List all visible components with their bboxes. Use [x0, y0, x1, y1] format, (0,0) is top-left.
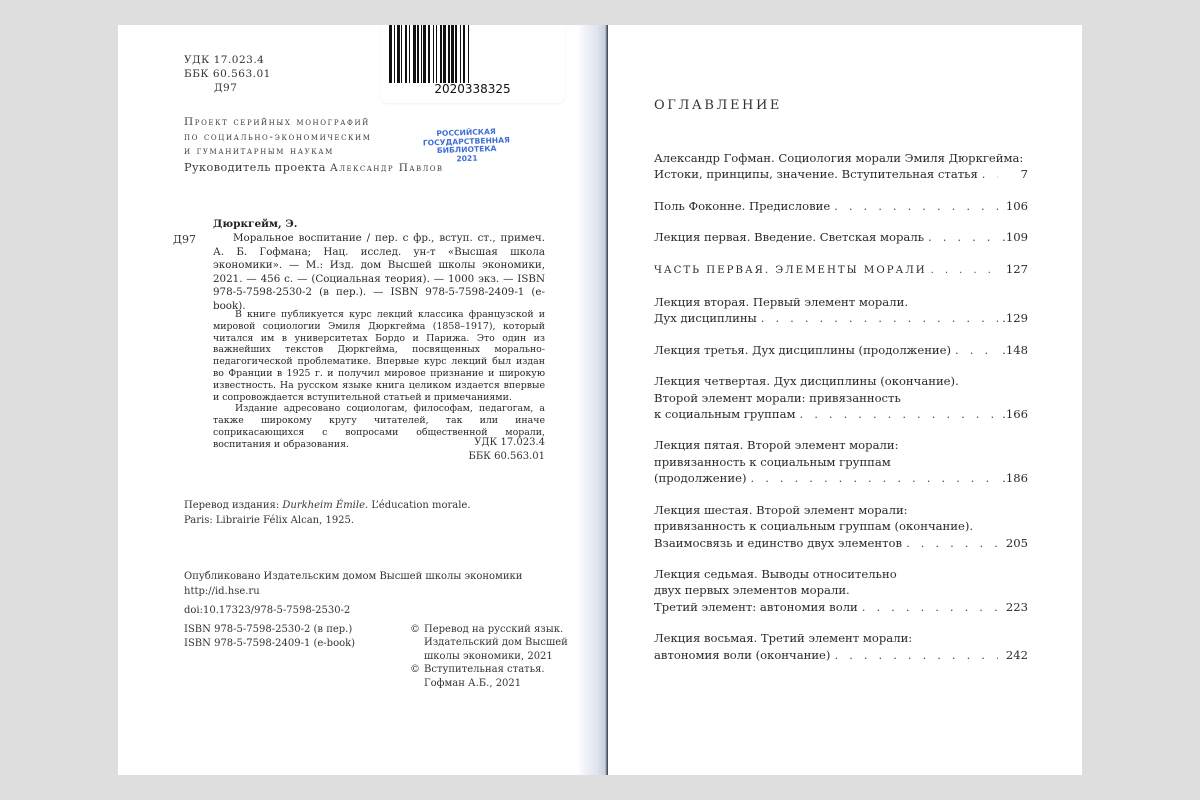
copyright-icon: ©: [410, 663, 424, 690]
publisher-website: http://id.hse.ru: [184, 585, 522, 600]
book-spine-gutter: [578, 25, 610, 775]
toc-entry-last-line: Третий элемент: автономия воли..........…: [654, 599, 1028, 615]
catalog-code: Д97: [173, 233, 196, 246]
toc-entry: Лекция шестая. Второй элемент морали:при…: [654, 502, 1028, 551]
toc-entry: Лекция первая. Введение. Светская мораль…: [654, 229, 1028, 245]
toc-part-heading: ЧАСТЬ ПЕРВАЯ. ЭЛЕМЕНТЫ МОРАЛИ...........…: [654, 261, 1028, 279]
udk-classification-top: УДК 17.023.4 ББК 60.563.01 Д97: [184, 53, 271, 95]
toc-entry-text: Александр Гофман. Социология морали Эмил…: [654, 150, 1028, 166]
toc-page-number: .166: [998, 406, 1028, 422]
toc-entry-text: Лекция первая. Введение. Светская мораль: [654, 229, 924, 245]
toc-entry-text: привязанность к социальным группам (окон…: [654, 518, 1028, 534]
translation-prefix: Перевод издания:: [184, 500, 282, 511]
toc-page-number: 106: [998, 198, 1028, 214]
toc-entry-text: Лекция пятая. Второй элемент морали:: [654, 437, 1028, 453]
toc-entry-text: Истоки, принципы, значение. Вступительна…: [654, 166, 978, 182]
toc-leader-dots: ........................................…: [978, 166, 998, 182]
author-sign: Д97: [184, 81, 271, 95]
toc-page-number: .148: [998, 342, 1028, 358]
copyright-icon: ©: [410, 623, 424, 663]
original-title: . L’éducation morale.: [365, 500, 471, 511]
toc-leader-dots: ........................................…: [902, 535, 998, 551]
project-line: и гуманитарным наукам: [184, 144, 443, 159]
library-barcode-sticker: 2020338325: [380, 25, 565, 103]
toc-page-number: 7: [998, 166, 1028, 182]
original-publisher: Paris: Librairie Félix Alcan, 1925.: [184, 514, 471, 529]
toc-entry-text: ЧАСТЬ ПЕРВАЯ. ЭЛЕМЕНТЫ МОРАЛИ: [654, 263, 927, 279]
toc-leader-dots: ........................................…: [951, 342, 998, 358]
toc-page-number: 223: [998, 599, 1028, 615]
toc-entry-last-line: к социальным группам....................…: [654, 406, 1028, 422]
toc-leader-dots: ........................................…: [830, 198, 998, 214]
toc-entry-text: Лекция третья. Дух дисциплины (продолжен…: [654, 342, 951, 358]
project-lead-label: Руководитель проекта: [184, 161, 326, 174]
copyright-line: Гофман А.Б., 2021: [424, 677, 545, 690]
copyright-block: ©Перевод на русский язык.Издательский до…: [410, 623, 568, 690]
toc-entry-text: Поль Фоконне. Предисловие: [654, 198, 830, 214]
toc-entry: Лекция вторая. Первый элемент морали.Дух…: [654, 294, 1028, 327]
bbk-code: ББК 60.563.01: [388, 450, 545, 464]
toc-entry-last-line: Лекция первая. Введение. Светская мораль…: [654, 229, 1028, 245]
toc-entry-text: автономия воли (окончание): [654, 647, 830, 663]
toc-entry-last-line: Взаимосвязь и единство двух элементов...…: [654, 535, 1028, 551]
copyright-notice: ©Перевод на русский язык.Издательский до…: [410, 623, 568, 663]
library-stamp: РОССИЙСКАЯ ГОСУДАРСТВЕННАЯ БИБЛИОТЕКА 20…: [422, 127, 510, 164]
copyright-line: Издательский дом Высшей: [424, 636, 568, 649]
right-page-contents: ОГЛАВЛЕНИЕ Александр Гофман. Социология …: [608, 25, 1082, 775]
toc-entry-text: привязанность к социальным группам: [654, 454, 1028, 470]
toc-entry: Александр Гофман. Социология морали Эмил…: [654, 150, 1028, 183]
bbk-code: ББК 60.563.01: [184, 67, 271, 81]
toc-entry-text: (продолжение): [654, 470, 747, 486]
toc-entry-last-line: Поль Фоконне. Предисловие...............…: [654, 198, 1028, 214]
book-spread-scan: УДК 17.023.4 ББК 60.563.01 Д97 202033832…: [118, 25, 1082, 775]
toc-page-number: .186: [998, 470, 1028, 486]
toc-title: ОГЛАВЛЕНИЕ: [654, 98, 782, 113]
toc-entry-last-line: Лекция третья. Дух дисциплины (продолжен…: [654, 342, 1028, 358]
toc-entry: Лекция седьмая. Выводы относительнодвух …: [654, 566, 1028, 615]
project-lead: Руководитель проекта Александр Павлов: [184, 161, 443, 176]
toc-entry-text: Второй элемент морали: привязанность: [654, 390, 1028, 406]
toc-entry-last-line: автономия воли (окончание)..............…: [654, 647, 1028, 663]
doi: doi:10.17323/978-5-7598-2530-2: [184, 605, 350, 616]
toc-entry-text: Лекция седьмая. Выводы относительно: [654, 566, 1028, 582]
toc-page-number: 205: [998, 535, 1028, 551]
toc-leader-dots: ........................................…: [796, 406, 998, 422]
bibliographic-record: Моральное воспитание / пер. с фр., вступ…: [213, 232, 545, 314]
toc-leader-dots: ........................................…: [927, 263, 998, 279]
udk-code: УДК 17.023.4: [184, 53, 271, 67]
toc-entry: Лекция пятая. Второй элемент морали:прив…: [654, 437, 1028, 486]
toc-entry-last-line: Истоки, принципы, значение. Вступительна…: [654, 166, 1028, 182]
toc-leader-dots: ........................................…: [747, 470, 998, 486]
barcode-icon: [389, 25, 557, 83]
copyright-line: школы экономики, 2021: [424, 650, 568, 663]
toc-entry: Поль Фоконне. Предисловие...............…: [654, 198, 1028, 214]
toc-page-number: 127: [998, 261, 1028, 277]
isbn-print: ISBN 978-5-7598-2530-2 (в пер.): [184, 623, 355, 637]
toc-entry-text: Лекция вторая. Первый элемент морали.: [654, 294, 1028, 310]
toc-leader-dots: ........................................…: [858, 599, 998, 615]
copyright-notice: ©Вступительная статья.Гофман А.Б., 2021: [410, 663, 568, 690]
copyright-line: Перевод на русский язык.: [424, 623, 568, 636]
isbn-ebook: ISBN 978-5-7598-2409-1 (e-book): [184, 637, 355, 651]
isbn-block: ISBN 978-5-7598-2530-2 (в пер.) ISBN 978…: [184, 623, 355, 650]
toc-entry-text: Третий элемент: автономия воли: [654, 599, 858, 615]
toc-entry-text: Дух дисциплины: [654, 310, 757, 326]
toc-entry: Лекция третья. Дух дисциплины (продолжен…: [654, 342, 1028, 358]
translation-source: Перевод издания: Durkheim Émile. L’éduca…: [184, 499, 471, 528]
toc-entry-text: Лекция четвертая. Дух дисциплины (оконча…: [654, 373, 1028, 389]
barcode-number: 2020338325: [380, 82, 565, 96]
project-line: по социально-экономическим: [184, 130, 443, 145]
catalog-author: Дюркгейм, Э.: [213, 218, 297, 230]
toc-entry-text: Взаимосвязь и единство двух элементов: [654, 535, 902, 551]
toc-leader-dots: ........................................…: [924, 229, 998, 245]
toc-entry-last-line: ЧАСТЬ ПЕРВАЯ. ЭЛЕМЕНТЫ МОРАЛИ...........…: [654, 261, 1028, 279]
toc-entry: Лекция четвертая. Дух дисциплины (оконча…: [654, 373, 1028, 422]
toc-leader-dots: ........................................…: [757, 310, 998, 326]
toc-entry-text: Лекция шестая. Второй элемент морали:: [654, 502, 1028, 518]
toc-entry-last-line: (продолжение)...........................…: [654, 470, 1028, 486]
translation-line: Перевод издания: Durkheim Émile. L’éduca…: [184, 499, 471, 514]
toc-page-number: 242: [998, 647, 1028, 663]
toc-entry-text: к социальным группам: [654, 406, 796, 422]
publisher-info: Опубликовано Издательским домом Высшей ш…: [184, 570, 522, 599]
book-annotation: В книге публикуется курс лекций классика…: [213, 309, 545, 451]
toc-entry-last-line: Дух дисциплины..........................…: [654, 310, 1028, 326]
toc-entry: Лекция восьмая. Третий элемент морали:ав…: [654, 630, 1028, 663]
original-author: Durkheim Émile: [282, 500, 365, 511]
series-project-block: Проект серийных монографий по социально-…: [184, 115, 443, 175]
published-by: Опубликовано Издательским домом Высшей ш…: [184, 570, 522, 585]
toc-leader-dots: ........................................…: [830, 647, 998, 663]
annotation-paragraph: В книге публикуется курс лекций классика…: [213, 309, 545, 403]
copyright-line: Вступительная статья.: [424, 663, 545, 676]
toc-entry-text: двух первых элементов морали.: [654, 582, 1028, 598]
table-of-contents: Александр Гофман. Социология морали Эмил…: [654, 150, 1028, 678]
toc-page-number: .129: [998, 310, 1028, 326]
udk-code: УДК 17.023.4: [388, 436, 545, 450]
project-line: Проект серийных монографий: [184, 115, 443, 130]
toc-page-number: .109: [998, 229, 1028, 245]
toc-entry-text: Лекция восьмая. Третий элемент морали:: [654, 630, 1028, 646]
left-page-imprint: УДК 17.023.4 ББК 60.563.01 Д97 202033832…: [118, 25, 596, 775]
udk-classification-bottom: УДК 17.023.4 ББК 60.563.01: [388, 436, 545, 463]
